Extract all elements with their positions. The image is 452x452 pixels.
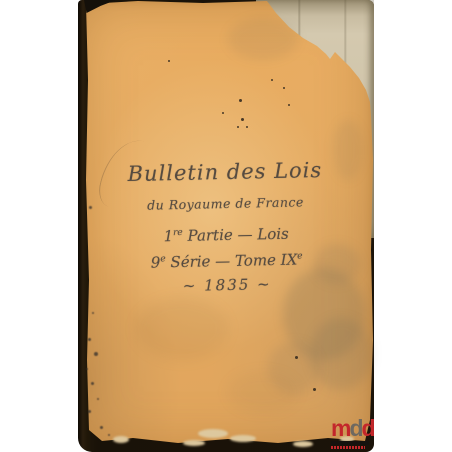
watermark-bar bbox=[331, 441, 369, 445]
edge-wear-speck bbox=[97, 398, 99, 400]
text-segment: 1 bbox=[163, 227, 173, 245]
worn-chip bbox=[183, 440, 205, 446]
foxing-stain bbox=[228, 18, 298, 60]
ink-speck bbox=[222, 112, 224, 114]
watermark-fineprint bbox=[331, 446, 365, 449]
ink-speck bbox=[246, 126, 248, 128]
ink-speck bbox=[237, 126, 239, 128]
edge-wear-speck bbox=[92, 312, 94, 314]
worn-chip bbox=[293, 441, 313, 447]
watermark-letter: m bbox=[331, 417, 349, 440]
ink-speck bbox=[295, 356, 298, 359]
watermark-letter: d bbox=[349, 417, 361, 440]
book: Bulletin des Lois du Royaume de France 1… bbox=[78, 0, 374, 452]
worn-chip bbox=[198, 429, 228, 438]
ink-speck bbox=[283, 87, 285, 89]
edge-wear-speck bbox=[100, 426, 103, 429]
paper-shading bbox=[228, 372, 298, 412]
text-segment: Série — Tome IX bbox=[165, 251, 297, 272]
handwritten-title-block: Bulletin des Lois du Royaume de France 1… bbox=[77, 152, 376, 300]
superscript: re bbox=[173, 228, 183, 238]
worn-chip bbox=[113, 436, 129, 443]
ink-speck bbox=[288, 104, 290, 106]
ink-speck bbox=[313, 388, 316, 391]
edge-wear-speck bbox=[94, 352, 98, 356]
edge-wear-speck bbox=[86, 368, 88, 370]
edge-wear-speck bbox=[108, 434, 110, 436]
edge-wear-speck bbox=[88, 410, 91, 413]
subtitle-line: du Royaume de France bbox=[77, 190, 373, 218]
title-line: Bulletin des Lois bbox=[77, 152, 374, 192]
ink-speck bbox=[271, 79, 273, 81]
text-segment: 9 bbox=[151, 253, 161, 271]
ink-speck bbox=[241, 118, 244, 121]
worn-chip bbox=[230, 435, 256, 442]
text-segment: Partie — Lois bbox=[183, 225, 289, 245]
ink-speck bbox=[239, 99, 242, 102]
watermark-letters: m d d bbox=[331, 417, 374, 440]
ink-speck bbox=[168, 60, 170, 62]
book-photo: Bulletin des Lois du Royaume de France 1… bbox=[0, 0, 452, 452]
edge-wear-speck bbox=[91, 382, 94, 385]
superscript: e bbox=[297, 251, 303, 261]
paper-shading bbox=[136, 298, 228, 360]
edge-wear-speck bbox=[88, 338, 91, 341]
mdd-watermark: m d d bbox=[331, 417, 374, 449]
watermark-letter: d bbox=[362, 417, 374, 440]
foxing-stain bbox=[310, 318, 372, 390]
